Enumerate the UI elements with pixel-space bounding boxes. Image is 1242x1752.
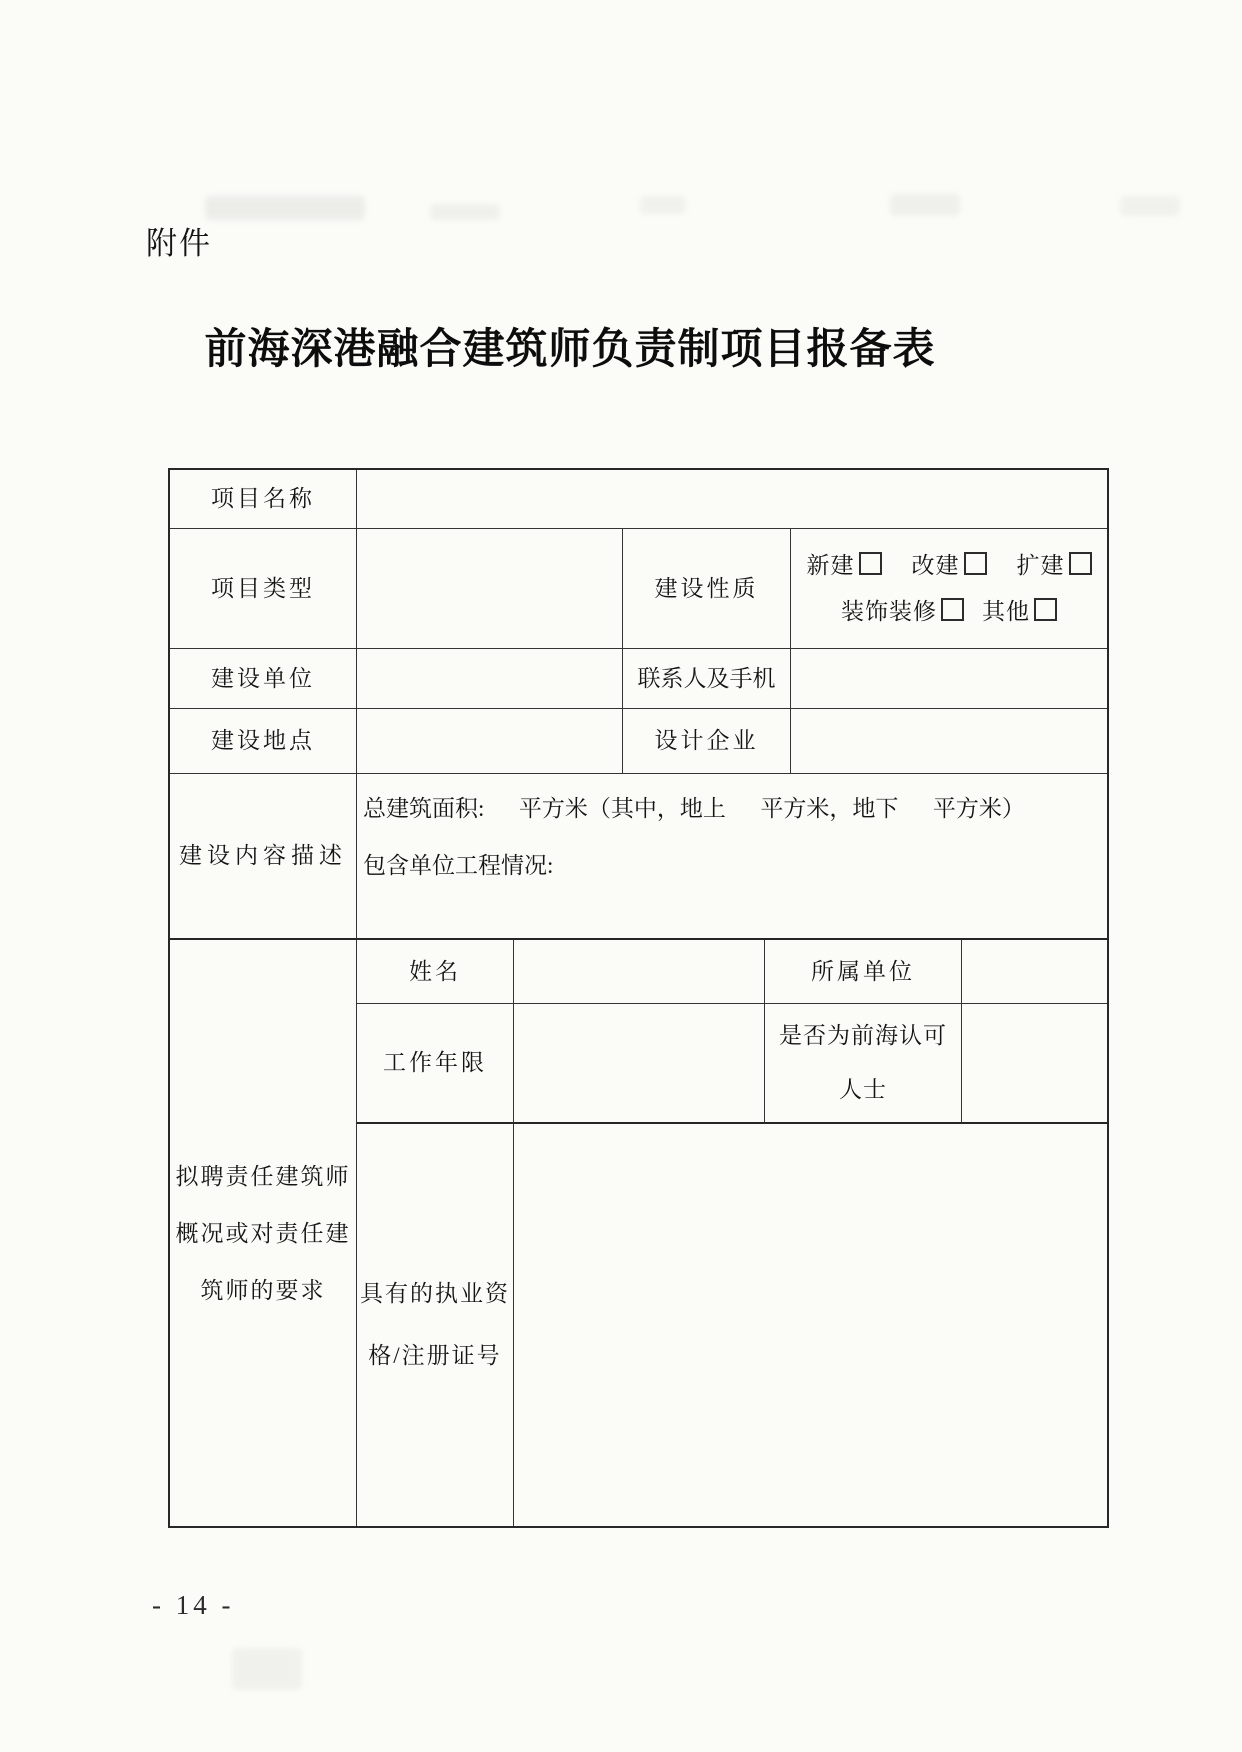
contact-label: 联系人及手机 <box>638 664 776 694</box>
architect-section-label-line1: 拟聘责任建筑师 <box>176 1148 351 1205</box>
construction-unit-value-cell <box>357 649 623 709</box>
work-years-label-cell: 工作年限 <box>357 1004 514 1124</box>
option-rebuild: 改建 <box>912 551 987 581</box>
affiliation-label-cell: 所属单位 <box>765 940 962 1004</box>
unit-works-line: 包含单位工程情况: <box>363 851 553 881</box>
contact-value-cell <box>791 649 1107 709</box>
architect-name-label-cell: 姓名 <box>357 940 514 1004</box>
construction-site-label: 建设地点 <box>211 726 315 756</box>
scanned-document-page: 附件 前海深港融合建筑师负责制项目报备表 项目名称 项目类型 建设性质 新建 改… <box>0 0 1242 1752</box>
architect-section-label-line2: 概况或对责任建 <box>176 1205 351 1262</box>
checkbox-rebuild <box>964 552 987 575</box>
construction-nature-label-cell: 建设性质 <box>623 529 791 649</box>
construction-nature-label: 建设性质 <box>655 574 759 604</box>
checkbox-other <box>1034 598 1057 621</box>
page-number: - 14 - <box>152 1590 234 1621</box>
design-enterprise-value-cell <box>791 709 1107 774</box>
contact-label-cell: 联系人及手机 <box>623 649 791 709</box>
option-expand-label: 扩建 <box>1017 553 1065 578</box>
construction-unit-label-cell: 建设单位 <box>170 649 357 709</box>
checkbox-expand <box>1069 552 1092 575</box>
construction-nature-options-cell: 新建 改建 扩建 装饰装修 其他 <box>791 529 1107 649</box>
project-name-label: 项目名称 <box>211 484 315 514</box>
project-type-label: 项目类型 <box>211 574 315 604</box>
affiliation-label: 所属单位 <box>811 957 915 987</box>
work-years-value-cell <box>514 1004 765 1124</box>
option-new-build-label: 新建 <box>807 553 855 578</box>
total-floor-area-line: 总建筑面积: 平方米（其中，地上 平方米，地下 平方米） <box>363 794 1025 824</box>
scan-artifact <box>430 204 500 220</box>
checkbox-new-build <box>859 552 882 575</box>
construction-unit-label: 建设单位 <box>211 664 315 694</box>
project-name-label-cell: 项目名称 <box>170 470 357 529</box>
design-enterprise-label-cell: 设计企业 <box>623 709 791 774</box>
option-other: 其他 <box>982 597 1057 627</box>
qualification-value-cell <box>514 1124 1107 1526</box>
scan-artifact <box>1120 196 1180 216</box>
qianhai-recognized-value-cell <box>962 1004 1107 1124</box>
qualification-label-cell: 具有的执业资 格/注册证号 <box>357 1124 514 1526</box>
report-form-table: 项目名称 项目类型 建设性质 新建 改建 扩建 装饰装修 其他 建设单位 <box>168 468 1109 1528</box>
option-rebuild-label: 改建 <box>912 553 960 578</box>
scan-artifact <box>890 194 960 216</box>
option-decoration: 装饰装修 <box>841 597 964 627</box>
construction-site-value-cell <box>357 709 623 774</box>
project-type-value-cell <box>357 529 623 649</box>
option-new-build: 新建 <box>807 551 882 581</box>
content-description-label: 建设内容描述 <box>179 841 347 871</box>
document-title: 前海深港融合建筑师负责制项目报备表 <box>140 316 1000 376</box>
content-description-value-cell: 总建筑面积: 平方米（其中，地上 平方米，地下 平方米） 包含单位工程情况: <box>357 774 1107 940</box>
attachment-label: 附件 <box>146 218 212 263</box>
affiliation-value-cell <box>962 940 1107 1004</box>
architect-section-label-line3: 筑师的要求 <box>201 1262 326 1319</box>
option-decoration-label: 装饰装修 <box>841 599 937 624</box>
nature-options-row-1: 新建 改建 扩建 <box>807 551 1092 581</box>
option-expand: 扩建 <box>1017 551 1092 581</box>
option-other-label: 其他 <box>982 599 1030 624</box>
checkbox-decoration <box>941 598 964 621</box>
qualification-label-line2: 格/注册证号 <box>368 1325 501 1387</box>
qianhai-recognized-label-cell: 是否为前海认可 人士 <box>765 1004 962 1124</box>
architect-name-value-cell <box>514 940 765 1004</box>
architect-section-label-cell: 拟聘责任建筑师 概况或对责任建 筑师的要求 <box>170 940 357 1526</box>
project-name-value-cell <box>357 470 1107 529</box>
nature-options-row-2: 装饰装修 其他 <box>841 597 1057 627</box>
design-enterprise-label: 设计企业 <box>655 726 759 756</box>
scan-artifact <box>205 196 365 220</box>
scan-artifact <box>640 196 686 214</box>
construction-site-label-cell: 建设地点 <box>170 709 357 774</box>
content-description-label-cell: 建设内容描述 <box>170 774 357 940</box>
project-type-label-cell: 项目类型 <box>170 529 357 649</box>
architect-name-label: 姓名 <box>409 957 461 987</box>
qianhai-recognized-label-line1: 是否为前海认可 <box>779 1009 947 1063</box>
qianhai-recognized-label-line2: 人士 <box>839 1063 887 1117</box>
work-years-label: 工作年限 <box>383 1048 487 1078</box>
qualification-label-line1: 具有的执业资 <box>360 1263 510 1325</box>
scan-artifact <box>232 1648 302 1690</box>
